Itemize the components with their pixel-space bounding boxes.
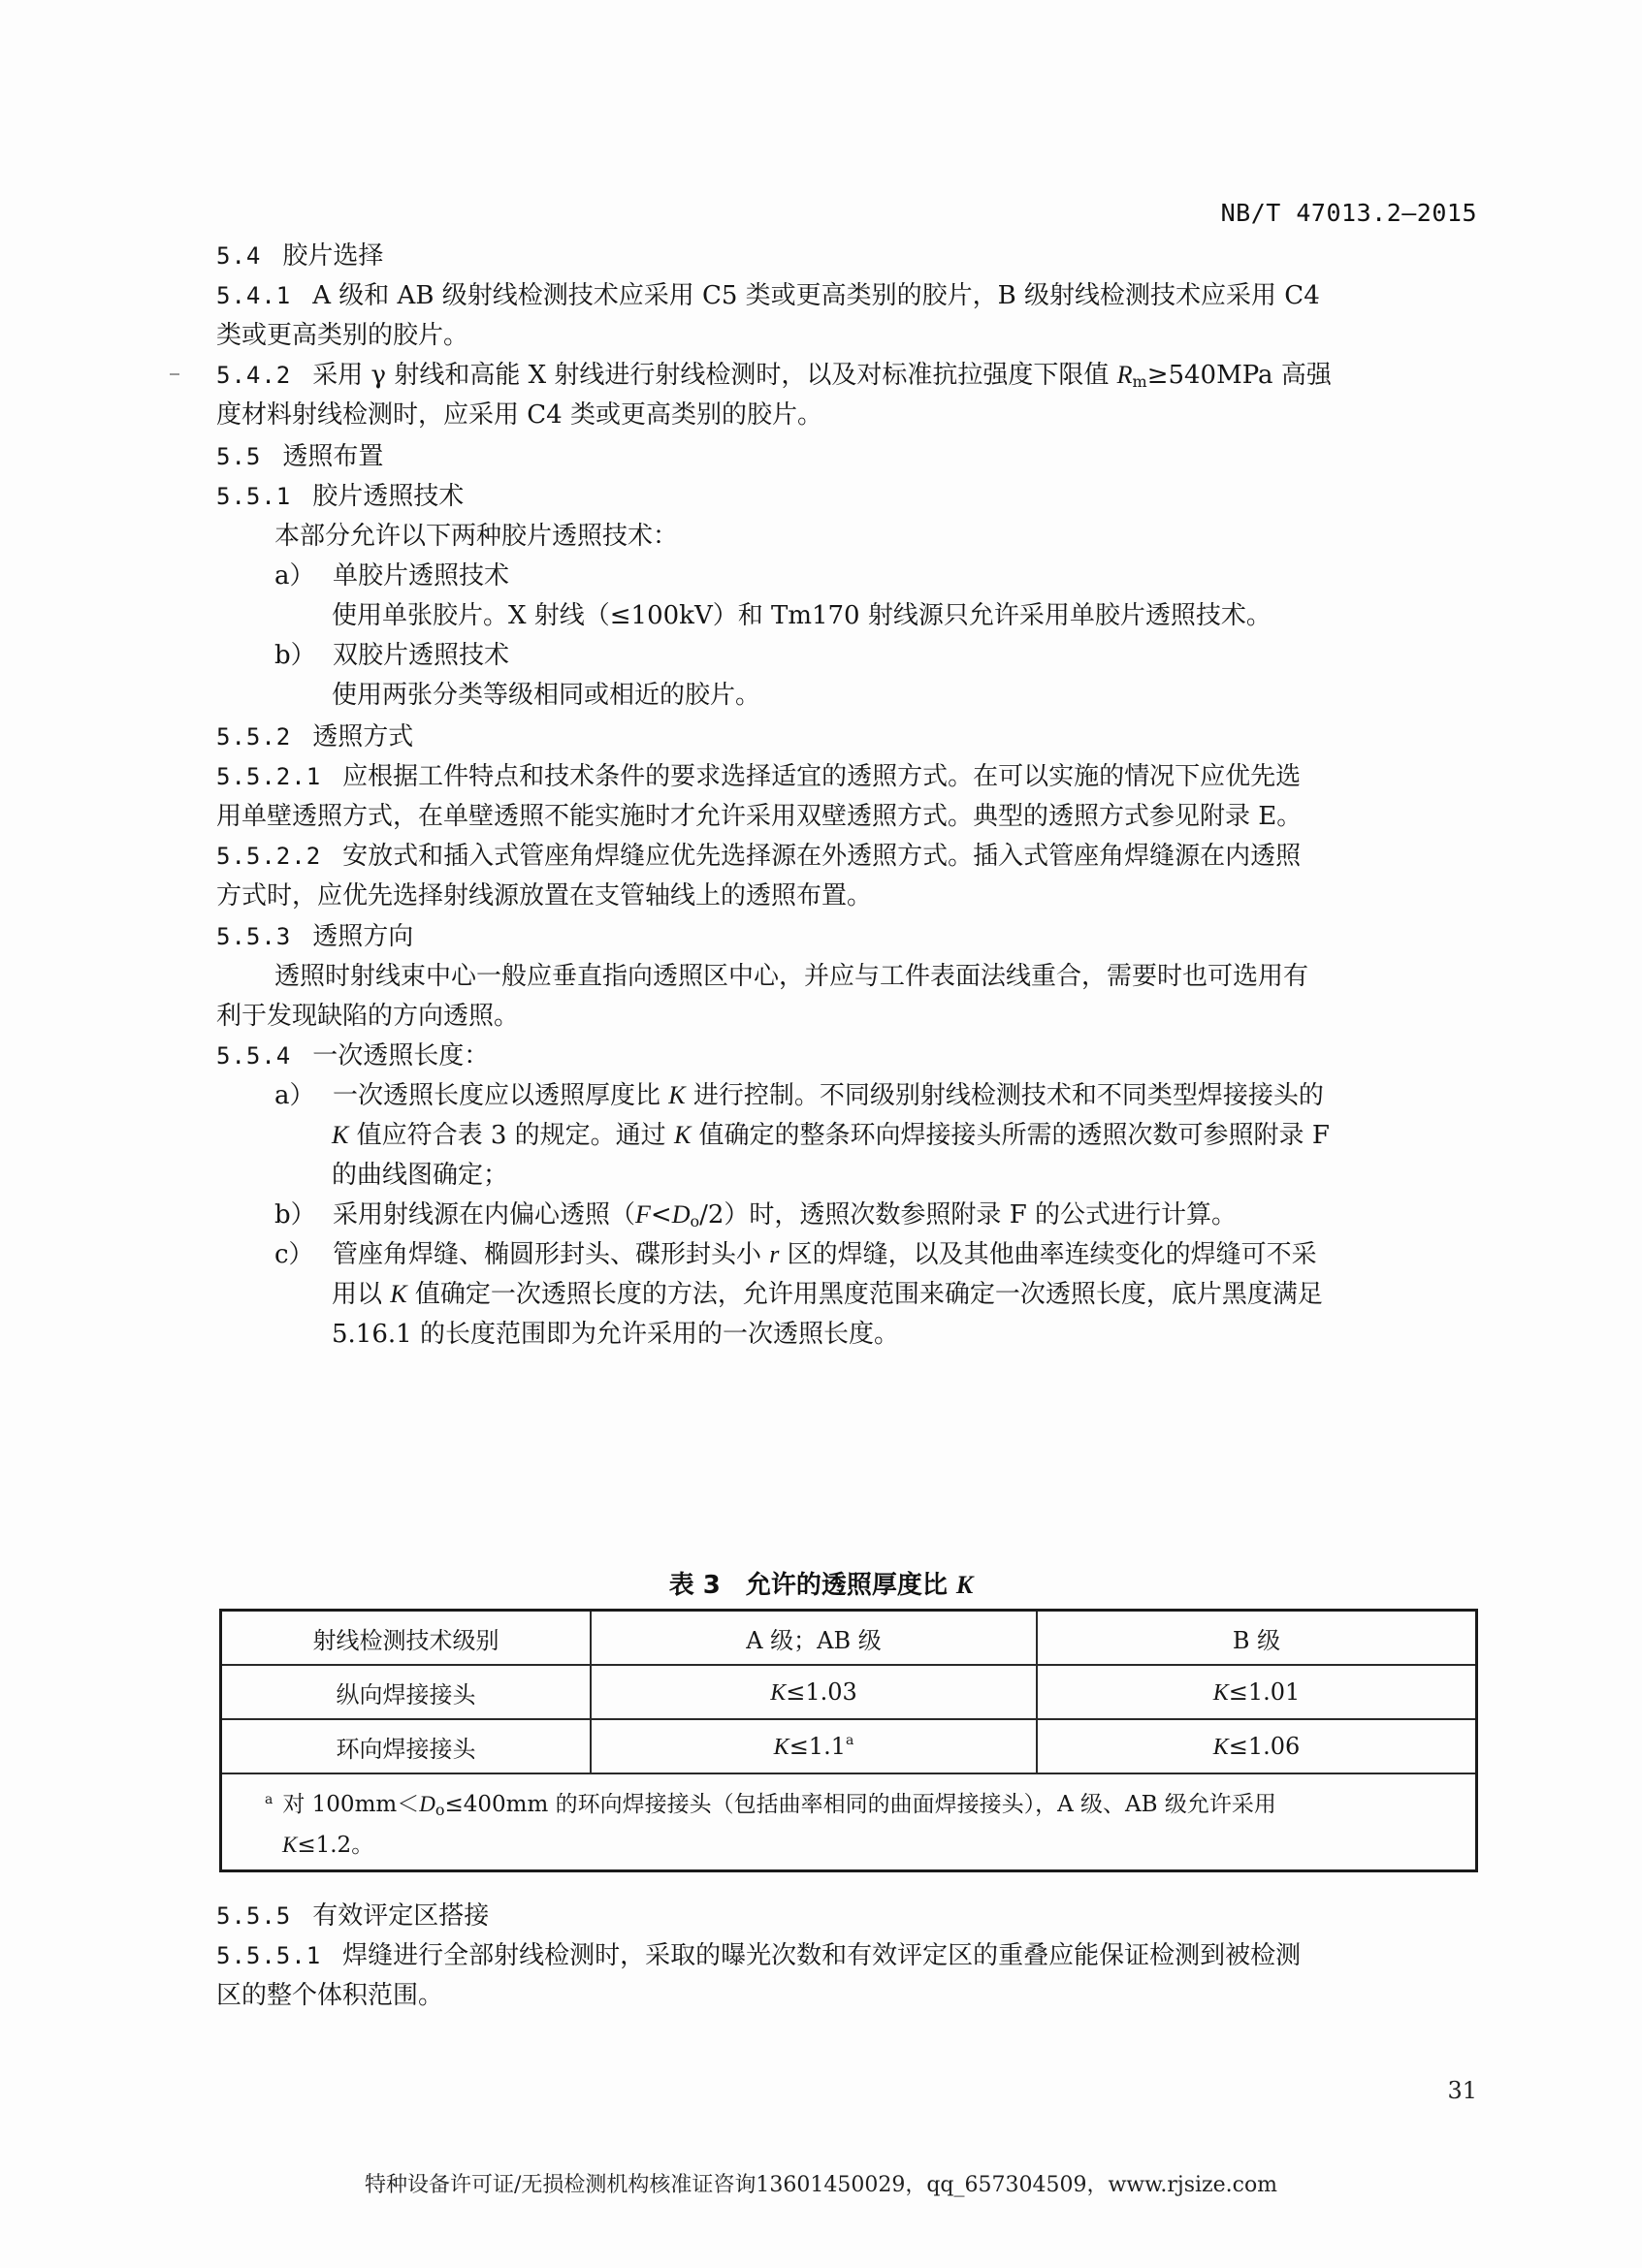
clause-5-5-4-c-line2: 用以 K 值确定一次透照长度的方法，允许用黑度范围来确定一次透照长度，底片黑度满…: [332, 1279, 1323, 1310]
clause-5-4-2-line2: 度材料射线检测时，应采用 C4 类或更高类别的胶片。: [216, 399, 822, 431]
list-item-a-title: a）单胶片透照技术: [274, 560, 509, 591]
table-footnote: a对 100mm＜Do≤400mm 的环向焊接接头（包括曲率相同的曲面焊接接头）…: [221, 1773, 1477, 1871]
clause-5-5-4-c-line3: 5.16.1 的长度范围即为允许采用的一次透照长度。: [332, 1319, 899, 1350]
list-item-b-desc: 使用两张分类等级相同或相近的胶片。: [332, 680, 760, 711]
clause-5-5-4-a-line3: 的曲线图确定；: [332, 1160, 508, 1191]
table-cell: K≤1.01: [1037, 1665, 1477, 1719]
clause-5-5-5-1-line1: 5.5.5.1焊缝进行全部射线检测时，采取的曝光次数和有效评定区的重叠应能保证检…: [216, 1940, 1301, 1971]
standard-code: NB/T 47013.2—2015: [1221, 199, 1477, 227]
table-cell: K≤1.1a: [591, 1719, 1037, 1773]
clause-5-5-4-c-line1: c）管座角焊缝、椭圆形封头、碟形封头小 r 区的焊缝，以及其他曲率连续变化的焊缝…: [274, 1239, 1317, 1270]
clause-5-5-2-2-line1: 5.5.2.2安放式和插入式管座角焊缝应优先选择源在外透照方式。插入式管座角焊缝…: [216, 841, 1301, 872]
list-item-b-title: b）双胶片透照技术: [274, 640, 509, 671]
heading-5-5-5: 5.5.5有效评定区搭接: [216, 1901, 489, 1932]
clause-5-5-3-line2: 利于发现缺陷的方向透照。: [216, 1001, 519, 1032]
table-cell: K≤1.03: [591, 1665, 1037, 1719]
clause-5-5-4-a-line2: K 值应符合表 3 的规定。通过 K 值确定的整条环向焊接接头所需的透照次数可参…: [332, 1120, 1330, 1151]
clause-5-5-4-a-line1: a）一次透照长度应以透照厚度比 K 进行控制。不同级别射线检测技术和不同类型焊接…: [274, 1080, 1324, 1111]
table-row: 环向焊接接头 K≤1.1a K≤1.06: [221, 1719, 1477, 1773]
scan-artifact-mark: [170, 373, 179, 375]
heading-5-5-4: 5.5.4一次透照长度：: [216, 1040, 489, 1071]
heading-5-5: 5.5透照布置: [216, 441, 383, 472]
heading-5-4: 5.4胶片选择: [216, 240, 383, 272]
thickness-ratio-table: 射线检测技术级别 A 级；AB 级 B 级 纵向焊接接头 K≤1.03 K≤1.…: [219, 1609, 1478, 1872]
clause-5-5-5-1-line2: 区的整个体积范围。: [216, 1980, 443, 2011]
clause-5-5-2-2-line2: 方式时，应优先选择射线源放置在支管轴线上的透照布置。: [216, 880, 872, 911]
clause-5-4-1-line2: 类或更高类别的胶片。: [216, 320, 468, 351]
page-number: 31: [1447, 2077, 1477, 2104]
clause-5-5-3-line1: 透照时射线束中心一般应垂直指向透照区中心，并应与工件表面法线重合，需要时也可选用…: [274, 961, 1308, 992]
heading-5-5-1: 5.5.1胶片透照技术: [216, 481, 464, 512]
table-row-label: 环向焊接接头: [221, 1719, 592, 1773]
table-row: 纵向焊接接头 K≤1.03 K≤1.01: [221, 1665, 1477, 1719]
table-cell: K≤1.06: [1037, 1719, 1477, 1773]
clause-5-4-2-line1: 5.4.2采用 γ 射线和高能 X 射线进行射线检测时，以及对标准抗拉强度下限值…: [216, 360, 1332, 398]
clause-5-5-4-b: b）采用射线源在内偏心透照（F<Do/2）时，透照次数参照附录 F 的公式进行计…: [274, 1199, 1237, 1237]
clause-5-5-2-1-line1: 5.5.2.1应根据工件特点和技术条件的要求选择适宜的透照方式。在可以实施的情况…: [216, 761, 1301, 792]
table-footnote-row: a对 100mm＜Do≤400mm 的环向焊接接头（包括曲率相同的曲面焊接接头）…: [221, 1773, 1477, 1871]
table-caption: 表 3 允许的透照厚度比 K: [0, 1565, 1642, 1601]
table-header-cell: A 级；AB 级: [591, 1611, 1037, 1666]
clause-5-4-1-line1: 5.4.1A 级和 AB 级射线检测技术应采用 C5 类或更高类别的胶片，B 级…: [216, 280, 1320, 311]
document-page: NB/T 47013.2—2015 5.4胶片选择 5.4.1A 级和 AB 级…: [0, 0, 1642, 2268]
clause-5-5-2-1-line2: 用单壁透照方式，在单壁透照不能实施时才允许采用双壁透照方式。典型的透照方式参见附…: [216, 801, 1302, 832]
heading-5-5-2: 5.5.2透照方式: [216, 721, 413, 752]
footer-watermark: 特种设备许可证/无损检测机构核准证咨询13601450029，qq_657304…: [0, 2168, 1642, 2198]
list-item-a-desc: 使用单张胶片。X 射线（≤100kV）和 Tm170 射线源只允许采用单胶片透照…: [332, 600, 1272, 631]
clause-5-5-1-intro: 本部分允许以下两种胶片透照技术：: [274, 521, 678, 552]
table-header-cell: 射线检测技术级别: [221, 1611, 592, 1666]
table-row-label: 纵向焊接接头: [221, 1665, 592, 1719]
footnote-reference: a: [846, 1733, 853, 1748]
heading-5-5-3: 5.5.3透照方向: [216, 921, 413, 952]
table-header-row: 射线检测技术级别 A 级；AB 级 B 级: [221, 1611, 1477, 1666]
table-header-cell: B 级: [1037, 1611, 1477, 1666]
